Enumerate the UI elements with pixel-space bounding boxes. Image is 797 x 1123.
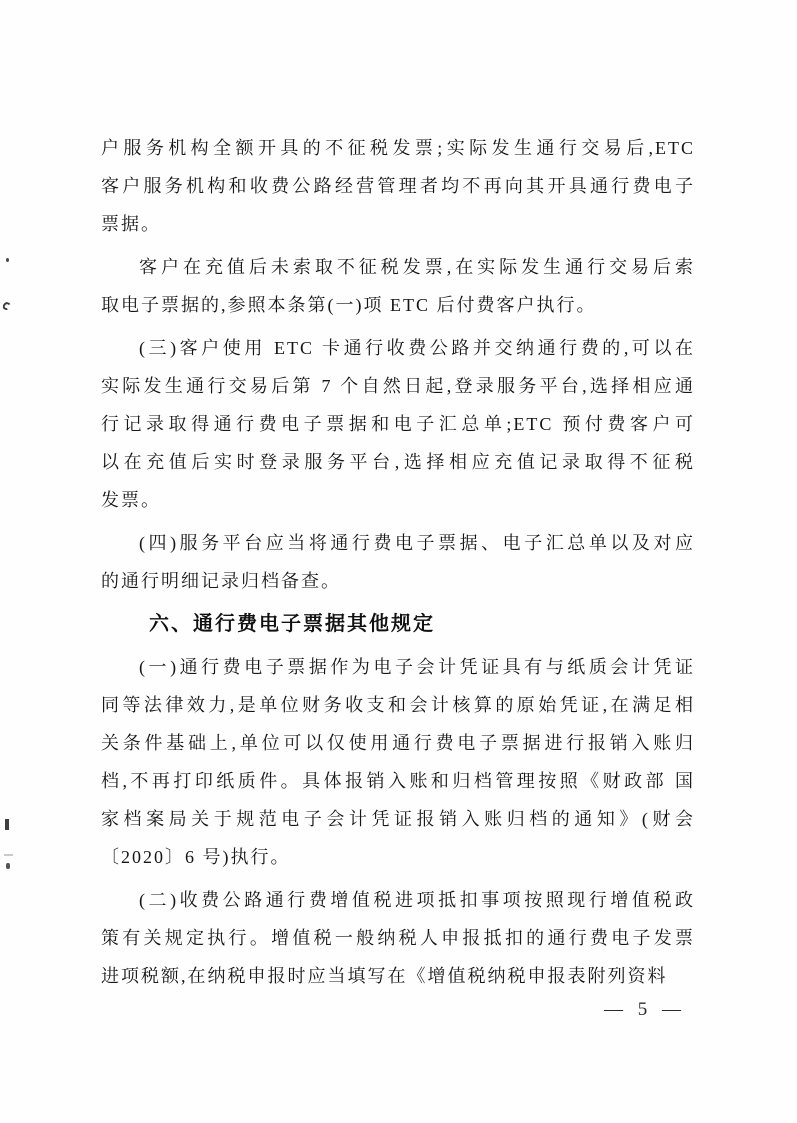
text-line: 〔2020〕6 号)执行。	[101, 838, 695, 876]
paragraph: (二)收费公路通行费增值税进项抵扣事项按照现行增值税政策有关规定执行。增值税一般…	[101, 881, 695, 995]
scan-speck	[2, 301, 12, 311]
scan-speck	[6, 863, 10, 869]
text-line: 档,不再打印纸质件。具体报销入账和归档管理按照《财政部 国	[101, 762, 695, 800]
paragraph: 户服务机构全额开具的不征税发票;实际发生通行交易后,ETC客户服务机构和收费公路…	[101, 129, 695, 243]
text-line: 实际发生通行交易后第 7 个自然日起,登录服务平台,选择相应通	[101, 367, 695, 405]
text-line: 票据。	[101, 205, 695, 243]
text-line: 取电子票据的,参照本条第(一)项 ETC 后付费客户执行。	[101, 286, 695, 324]
text-line: (三)客户使用 ETC 卡通行收费公路并交纳通行费的,可以在	[101, 329, 695, 367]
text-line: 家档案局关于规范电子会计凭证报销入账归档的通知》(财会	[101, 800, 695, 838]
text-line: 同等法律效力,是单位财务收支和会计核算的原始凭证,在满足相	[101, 686, 695, 724]
paragraph: (一)通行费电子票据作为电子会计凭证具有与纸质会计凭证同等法律效力,是单位财务收…	[101, 648, 695, 876]
text-line: 户服务机构全额开具的不征税发票;实际发生通行交易后,ETC	[101, 129, 695, 167]
text-line: (一)通行费电子票据作为电子会计凭证具有与纸质会计凭证	[101, 648, 695, 686]
document-page: 户服务机构全额开具的不征税发票;实际发生通行交易后,ETC客户服务机构和收费公路…	[0, 0, 797, 1123]
text-line: (四)服务平台应当将通行费电子票据、电子汇总单以及对应	[101, 524, 695, 562]
scan-speck	[4, 854, 13, 856]
page-number-footer: — 5 —	[604, 999, 699, 1021]
text-line: 策有关规定执行。增值税一般纳税人申报抵扣的通行费电子发票	[101, 919, 695, 957]
paragraph: (三)客户使用 ETC 卡通行收费公路并交纳通行费的,可以在实际发生通行交易后第…	[101, 329, 695, 519]
text-line: 以在充值后实时登录服务平台,选择相应充值记录取得不征税	[101, 443, 695, 481]
paragraph: (四)服务平台应当将通行费电子票据、电子汇总单以及对应的通行明细记录归档备查。	[101, 524, 695, 600]
text-line: 行记录取得通行费电子票据和电子汇总单;ETC 预付费客户可	[101, 405, 695, 443]
text-line: 的通行明细记录归档备查。	[101, 562, 695, 600]
scan-speck	[6, 258, 9, 262]
text-line: 进项税额,在纳税申报时应当填写在《增值税纳税申报表附列资料	[101, 957, 695, 995]
text-line: 发票。	[101, 481, 695, 519]
text-line: (二)收费公路通行费增值税进项抵扣事项按照现行增值税政	[101, 881, 695, 919]
document-body: 户服务机构全额开具的不征税发票;实际发生通行交易后,ETC客户服务机构和收费公路…	[101, 129, 695, 995]
paragraph: 客户在充值后未索取不征税发票,在实际发生通行交易后索取电子票据的,参照本条第(一…	[101, 248, 695, 324]
text-line: 关条件基础上,单位可以仅使用通行费电子票据进行报销入账归	[101, 724, 695, 762]
section-heading: 六、通行费电子票据其他规定	[101, 605, 695, 643]
text-line: 客户在充值后未索取不征税发票,在实际发生通行交易后索	[101, 248, 695, 286]
text-line: 六、通行费电子票据其他规定	[101, 605, 695, 643]
scan-speck	[5, 819, 9, 830]
text-line: 客户服务机构和收费公路经营管理者均不再向其开具通行费电子	[101, 167, 695, 205]
